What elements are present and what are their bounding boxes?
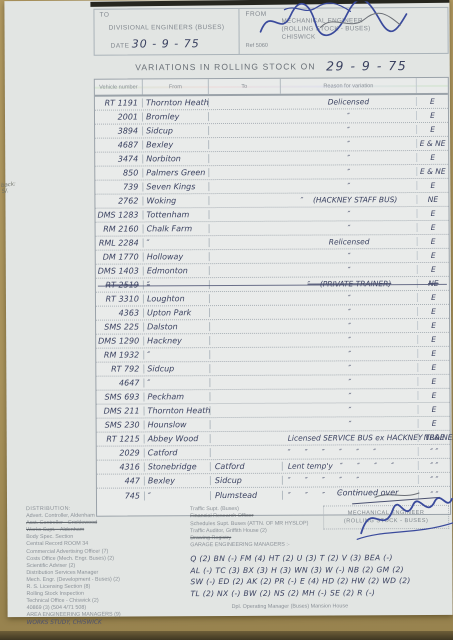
distribution-items: Advert. Controller, Aldenham Asst. Contr… [26, 512, 195, 626]
vehicle-number-cell: 4316 [97, 462, 145, 471]
from-cell: Abbey Wood [145, 434, 211, 443]
from-address: MECHANICAL ENGINEER (ROLLING STOCK - BUS… [281, 17, 370, 41]
code-cell: ″ ″ [419, 461, 450, 470]
reason-cell: ″ [282, 377, 418, 387]
code-cell: E [418, 237, 449, 246]
document-title: VARIATIONS IN ROLLING STOCK ON 29 - 9 - … [94, 57, 449, 77]
from-cell: ″ [144, 350, 210, 359]
table-body: RT 1191 Thornton Heath Delicensed E 2001… [95, 95, 450, 503]
title-date-handwritten: 29 - 9 - 75 [326, 58, 407, 73]
mechanical-engineer-stamp: MECHANICAL ENGINEER (ROLLING STOCK - BUS… [323, 505, 449, 530]
header-to-cell: TO DIVISIONAL ENGINEERS (BUSES) DATE 30 … [94, 9, 239, 55]
reason-cell: ″ (PRIVATE TRAINER) [282, 279, 418, 289]
date-label: DATE [111, 43, 130, 50]
code-cell: E [418, 377, 449, 386]
vehicle-number-cell: 3474 [95, 154, 143, 163]
from-cell: ″ [145, 491, 211, 500]
to-cell: Catford [211, 462, 283, 471]
from-cell: Peckham [144, 392, 210, 401]
from-cell: Thornton Heath [145, 406, 211, 415]
code-cell: E [417, 125, 448, 134]
vehicle-number-cell: RM 1932 [96, 350, 144, 359]
date-value-handwritten: 30 - 9 - 75 [132, 37, 200, 50]
from-cell: Hackney [144, 336, 210, 345]
reason-cell: Delicensed [281, 97, 417, 107]
code-cell: E [418, 251, 449, 260]
variations-table: Vehicle number From To Reason for variat… [94, 77, 451, 517]
code-cell: E [418, 223, 449, 232]
vehicle-number-cell: DMS 1403 [96, 266, 144, 275]
to-label: TO [99, 12, 109, 19]
from-cell: Hounslow [145, 420, 211, 429]
header-box: TO DIVISIONAL ENGINEERS (BUSES) DATE 30 … [93, 7, 448, 56]
ref-number: Ref 5060 [246, 43, 268, 49]
vehicle-number-cell: 4687 [95, 140, 143, 149]
vehicle-number-cell: RT 2519 [96, 280, 144, 289]
from-cell: Loughton [144, 294, 210, 303]
reason-cell: ″ [282, 349, 418, 359]
vehicle-number-cell: 3894 [95, 126, 143, 135]
reason-cell: Lent temp'y ″ ″ ″ ″ [283, 461, 419, 471]
code-cell: E [417, 181, 448, 190]
from-label: FROM [245, 11, 266, 18]
code-cell: E [418, 349, 449, 358]
col-header-to: To [209, 79, 281, 94]
continued-over-note: Continued over [337, 488, 398, 497]
reason-cell: ″ [282, 391, 418, 401]
code-cell: E [417, 153, 448, 162]
vehicle-number-cell: SMS 693 [96, 392, 144, 401]
reason-cell: ″ ″ ″ ″ ″ [283, 475, 419, 485]
code-cell: E [419, 405, 450, 414]
from-line-2: (ROLLING STOCK - BUSES) [282, 25, 371, 33]
vehicle-number-cell: 4363 [96, 308, 144, 317]
distribution-list: DISTRIBUTION: Advert. Controller, Aldenh… [26, 505, 195, 626]
vehicle-number-cell: 739 [95, 182, 143, 191]
reason-cell: ″ [282, 265, 418, 275]
from-cell: Sidcup [143, 126, 209, 135]
torn-top-edge [90, 0, 449, 7]
from-cell: Sidcup [144, 364, 210, 373]
from-cell: Bexley [143, 140, 209, 149]
reason-cell: ″ [281, 209, 417, 219]
reason-cell: ″ [281, 111, 417, 121]
reason-cell: ″ [283, 419, 419, 429]
to-value: DIVISIONAL ENGINEERS (BUSES) [95, 24, 239, 32]
col-header-vehicle-number: Vehicle number [95, 79, 143, 94]
title-printed: VARIATIONS IN ROLLING STOCK ON [135, 61, 315, 72]
vehicle-number-cell: RT 1191 [95, 98, 143, 107]
from-cell: Holloway [144, 252, 210, 261]
garage-code-line: TL (2) NX (-) BW (2) NS (2) MH (-) SE (2… [190, 586, 448, 599]
col-header-code [417, 78, 448, 93]
code-cell: ″ ″ [419, 475, 450, 484]
code-cell: NE [417, 195, 448, 204]
vehicle-number-cell: SMS 230 [97, 420, 145, 429]
from-cell: ″ [144, 378, 210, 387]
vehicle-number-cell: 2762 [95, 196, 143, 205]
vehicle-number-cell: 745 [97, 491, 145, 500]
from-line-3: CHISWICK [282, 33, 371, 41]
from-cell: Chalk Farm [144, 224, 210, 233]
code-cell: NE&E [419, 433, 450, 442]
paper-sheet: TO DIVISIONAL ENGINEERS (BUSES) DATE 30 … [4, 0, 452, 617]
col-header-from: From [143, 79, 209, 94]
from-cell: ″ [144, 280, 210, 289]
table-header-row: Vehicle number From To Reason for variat… [95, 78, 448, 97]
distribution-footer: Dpl. Operating Manager (Buses) Mansion H… [232, 603, 349, 610]
distribution-item: WORKS STUDY, CHISWICK [27, 619, 195, 627]
margin-note: back: 5/. [1, 181, 17, 195]
code-cell: E [418, 321, 449, 330]
vehicle-number-cell: DMS 1283 [95, 210, 143, 219]
scanned-document: TO DIVISIONAL ENGINEERS (BUSES) DATE 30 … [0, 0, 453, 640]
code-cell: E [418, 265, 449, 274]
distribution-item: GARAGE ENGINEERING MANAGERS :- [190, 542, 365, 550]
vehicle-number-cell: 4647 [96, 378, 144, 387]
from-cell: ″ [144, 238, 210, 247]
reason-cell: ″ [282, 335, 418, 345]
from-cell: Seven Kings [143, 182, 209, 191]
reason-cell: ″ [282, 251, 418, 261]
code-cell: E [417, 111, 448, 120]
reason-cell: ″ ″ ″ ″ ″ ″ [283, 447, 419, 457]
garage-manager-codes: Q (2) BN (-) FM (4) HT (2) U (3) T (2) V… [190, 552, 448, 599]
reason-cell: ″ (HACKNEY STAFF BUS) [281, 195, 417, 205]
from-cell: Dalston [144, 322, 210, 331]
vehicle-number-cell: DMS 211 [97, 406, 145, 415]
reason-cell: ″ [281, 139, 417, 149]
date-row: DATE 30 - 9 - 75 [111, 37, 200, 50]
from-cell: Thornton Heath [143, 98, 209, 107]
reason-cell: ″ [282, 293, 418, 303]
vehicle-number-cell: 2001 [95, 112, 143, 121]
reason-cell: ″ [281, 125, 417, 135]
header-from-cell: FROM MECHANICAL ENGINEER (ROLLING STOCK … [239, 8, 447, 54]
reason-cell: ″ [282, 307, 418, 317]
code-cell: E & NE [417, 139, 448, 148]
from-cell: Tottenham [143, 210, 209, 219]
from-cell: Norbiton [143, 154, 209, 163]
code-cell: E & NE [417, 167, 448, 176]
vehicle-number-cell: 850 [95, 168, 143, 177]
vehicle-number-cell: RML 2284 [96, 238, 144, 247]
reason-cell: Licensed SERVICE BUS ex HACKNEY TRAINER [283, 433, 419, 443]
vehicle-number-cell: DMS 1290 [96, 336, 144, 345]
vehicle-number-cell: DM 1770 [96, 252, 144, 261]
from-cell: Woking [143, 196, 209, 205]
code-cell: E [418, 363, 449, 372]
vehicle-number-cell: RT 3310 [96, 294, 144, 303]
vehicle-number-cell: RM 2160 [96, 224, 144, 233]
code-cell: NE [418, 279, 449, 288]
reason-cell: Relicensed [282, 237, 418, 247]
reason-cell: ″ [282, 363, 418, 373]
reason-cell: ″ [281, 181, 417, 191]
to-cell: Sidcup [211, 476, 283, 485]
stamp-line-2: (ROLLING STOCK - BUSES) [325, 517, 447, 526]
to-cell: Plumstead [211, 490, 283, 499]
from-cell: Bromley [143, 112, 209, 121]
code-cell: E [418, 391, 449, 400]
vehicle-number-cell: RT 1215 [97, 434, 145, 443]
from-cell: Catford [145, 448, 211, 457]
code-cell: E [418, 335, 449, 344]
reason-cell: ″ [281, 167, 417, 177]
from-cell: Stonebridge [145, 462, 211, 471]
code-cell: E [418, 307, 449, 316]
from-cell: Upton Park [144, 308, 210, 317]
vehicle-number-cell: SMS 225 [96, 322, 144, 331]
code-cell: E [417, 209, 448, 218]
reason-cell: ″ [283, 405, 419, 415]
code-cell: E [419, 419, 450, 428]
code-cell: ″ ″ [419, 447, 450, 456]
from-cell: Bexley [145, 476, 211, 485]
reason-cell: ″ [282, 321, 418, 331]
vehicle-number-cell: 447 [97, 476, 145, 485]
garage-code-line: SW (-) ED (2) AK (2) PR (-) E (4) HD (2)… [190, 575, 448, 588]
code-cell: E [417, 97, 448, 106]
vehicle-number-cell: 2029 [97, 448, 145, 457]
reason-cell: ″ [282, 223, 418, 233]
code-cell: E [418, 293, 449, 302]
col-header-reason: Reason for variation [281, 78, 417, 94]
from-cell: Palmers Green [143, 168, 209, 177]
reason-cell: ″ [281, 153, 417, 163]
vehicle-number-cell: RT 792 [96, 364, 144, 373]
from-cell: Edmonton [144, 266, 210, 275]
